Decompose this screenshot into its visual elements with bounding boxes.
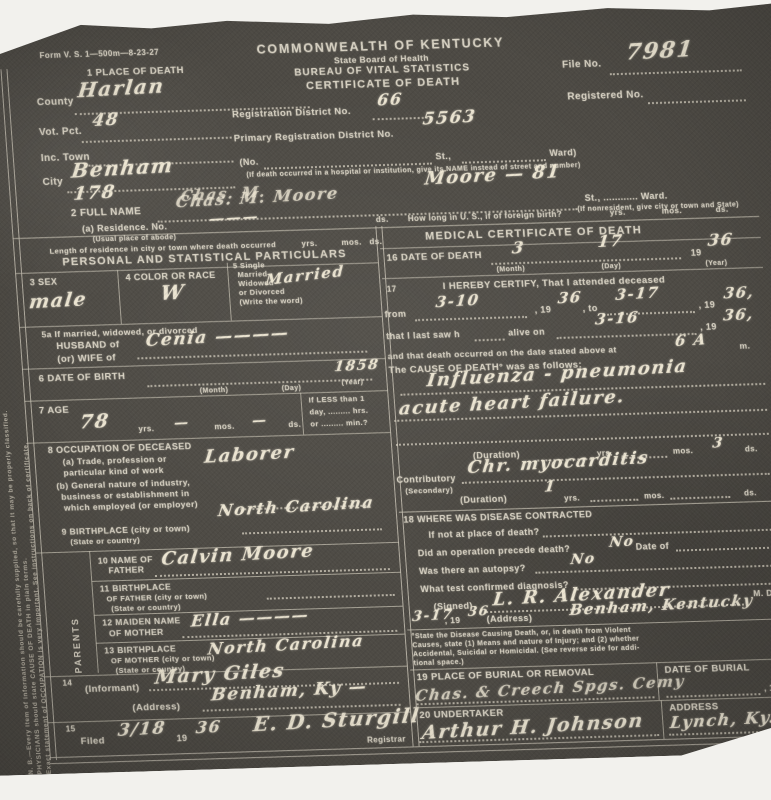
street-st-label: St., (435, 152, 451, 161)
date-of-operation-label: Date of (635, 542, 669, 552)
mother-birthplace-label-1: 13 BIRTHPLACE (104, 644, 176, 655)
spouse-line (137, 351, 367, 360)
informant-label: (Informant) (85, 684, 140, 695)
certificate-form: N. B.—Every item of information should b… (0, 3, 771, 775)
registration-district-line (373, 117, 428, 121)
undertaker-divider (661, 700, 665, 739)
father-name-value: Calvin Moore (160, 542, 315, 569)
mother-name-label-1: 12 MAIDEN NAME (102, 616, 181, 627)
age-mos-dash: — (173, 416, 190, 431)
sex-value: male (28, 290, 88, 312)
less-than-label-1: If LESS than 1 (308, 395, 365, 404)
father-birthplace-label-2: OF FATHER (city or town) (106, 592, 207, 602)
row-line-1 (19, 316, 383, 328)
howlong-ds-label: ds. (376, 216, 389, 224)
dob-month-label: (Month) (200, 387, 229, 395)
registration-district-value: 66 (376, 91, 403, 108)
last-year-value: 36, (722, 307, 754, 324)
occupation-label: 8 OCCUPATION OF DECEASED (48, 442, 192, 455)
birthplace-line (242, 528, 382, 534)
occupation-b3: which employed (or employer) (64, 500, 199, 512)
duration2-label: (Duration) (460, 495, 508, 505)
st-ward-label: St., ............ Ward. (584, 192, 667, 203)
birthplace-sublabel: (State or country) (70, 536, 140, 546)
filed-label: Filed (80, 737, 105, 747)
filed-19-label: 19 (176, 734, 187, 743)
less-than-label-3: or ......... min.? (310, 419, 368, 428)
father-birthplace-line (267, 594, 395, 600)
parents-label: PARENTS (65, 555, 83, 673)
duration1-ds-value: 3 (712, 436, 725, 451)
occupation-value: Laborer (203, 444, 295, 467)
burial-19-label: , 19 (764, 685, 771, 693)
photostat-background: N. B.—Every item of information should b… (0, 2, 771, 776)
age-yrs-label: yrs. (138, 425, 154, 433)
footnote-line-4: tional space.) (413, 659, 464, 667)
death-year-prefix: 19 (690, 249, 701, 258)
death-year-label: (Year) (705, 260, 727, 268)
full-name-label: 2 FULL NAME (71, 207, 142, 219)
occupation-a2: particular kind of work (63, 466, 164, 477)
operation-question-label: Did an operation precede death? (418, 545, 571, 559)
street-ward-label: Ward) (549, 148, 577, 158)
age-value: 78 (79, 412, 111, 433)
from-year-value: 36 (557, 290, 583, 306)
duration2-yrs-value: 1 (543, 479, 557, 495)
date-of-birth-label: 6 DATE OF BIRTH (38, 372, 125, 384)
street-value-2: Moore — 81 (424, 163, 562, 189)
death-day-value: 17 (597, 233, 624, 250)
mother-name-label-2: OF MOTHER (109, 628, 164, 638)
primary-district-label: Primary Registration District No. (234, 130, 395, 144)
death-month-label: (Month) (496, 266, 525, 274)
to-19-label: , 19 (698, 300, 715, 309)
autopsy-answer: No (570, 552, 597, 567)
file-no-value: 7981 (625, 38, 695, 64)
howlong-yrs: yrs. (610, 209, 626, 217)
age-label: 7 AGE (39, 406, 70, 416)
md-label: M. D. (753, 589, 771, 598)
duration1-ds-label: ds. (745, 445, 758, 453)
dob-year-value: 1858 (333, 358, 380, 375)
attended-to-value: 3-17 (615, 285, 660, 302)
undertaker-address-value: Lynch, Ky. (669, 709, 771, 731)
m-label: m. (739, 341, 750, 350)
father-name-label-1: 10 NAME OF (98, 555, 154, 565)
secondary-label: (Secondary) (405, 486, 453, 495)
contributory-label: Contributory (396, 474, 456, 485)
last-saw-blank (475, 339, 505, 342)
mother-birthplace-label-2: OF MOTHER (city or town) (111, 654, 215, 665)
county-value: Harlan (77, 75, 166, 100)
not-at-place-line (543, 529, 771, 538)
to-year-value: 36, (723, 285, 755, 302)
age-mos-label: mos. (214, 423, 235, 432)
duration2-mos-line (590, 499, 638, 502)
voting-precinct-label: Vot. Pct. (39, 127, 83, 138)
duration2-yrs-label: yrs. (564, 494, 580, 502)
attended-from-line (415, 316, 527, 321)
residence-value: ——— (209, 209, 260, 227)
length-ds: ds. (369, 238, 382, 246)
length-yrs: yrs. (301, 240, 317, 248)
city-value: Benham (70, 155, 174, 181)
last-saw-label: that I last saw h (386, 330, 460, 341)
death-year-value: 36 (707, 231, 734, 248)
county-label: County (37, 97, 75, 108)
scanned-death-certificate: N. B.—Every item of information should b… (0, 0, 771, 800)
informant-number: 14 (62, 680, 72, 688)
mother-name-value: Ella ———— (190, 607, 310, 630)
date-of-death-label: 16 DATE OF DEATH (386, 251, 482, 263)
signature-19-label: , 19 (444, 616, 460, 625)
parents-divider (89, 551, 99, 673)
howlong-ds: ds. (715, 206, 728, 214)
operation-answer: No (609, 534, 636, 549)
registrar-label: Registrar (367, 736, 406, 745)
marital-value: Married (265, 264, 345, 288)
registered-no-label: Registered No. (567, 90, 644, 102)
age-ds-label: ds. (288, 421, 301, 429)
age-ds-dash: — (251, 413, 268, 428)
duration1-mos-label: mos. (673, 447, 694, 456)
filed-number: 15 (66, 725, 76, 733)
sex-color-divider (117, 270, 122, 324)
less-than-label-2: day, ......... hrs. (309, 407, 368, 416)
file-no-label: File No. (562, 60, 602, 71)
form-number: Form V. S. 1—500m—8-23-27 (39, 49, 159, 61)
duration2-mos-label: mos. (644, 492, 665, 501)
attended-from-label: from (384, 309, 406, 319)
length-mos: mos. (341, 239, 362, 248)
dob-year-label: (Year) (341, 379, 363, 387)
sex-label: 3 SEX (29, 278, 57, 288)
marital-label-5: (Write the word) (239, 297, 303, 306)
duration2-ds-label: ds. (744, 489, 757, 497)
street-no-label: (No. (239, 158, 259, 168)
abode-note: (Usual place of abode) (93, 234, 177, 243)
alive-on-label: alive on (508, 327, 545, 337)
color-race-value: W (160, 282, 186, 303)
death-day-label: (Day) (601, 263, 621, 271)
howlong-mos: mos. (661, 207, 682, 216)
color-marital-divider (227, 263, 232, 321)
last-saw-value: 3-16 (594, 310, 639, 327)
informant-address-label: (Address) (132, 702, 181, 713)
father-birthplace-label-3: (State or country) (111, 603, 181, 613)
from-19-label: , 19 (534, 305, 551, 314)
death-occurred-label: and that death occurred on the date stat… (387, 345, 617, 360)
attended-from-value: 3-10 (435, 293, 480, 310)
birthplace-value: North Carolina (217, 494, 375, 519)
primary-district-value: 5563 (422, 109, 477, 129)
voting-precinct-line (82, 137, 232, 143)
autopsy-question-label: Was there an autopsy? (419, 564, 526, 576)
birthplace-label: 9 BIRTHPLACE (city or town) (61, 524, 190, 536)
husband-of-label: HUSBAND of (56, 340, 120, 351)
dob-line (147, 378, 372, 387)
operation-date-line (676, 547, 771, 552)
street-number-value: 178 (72, 183, 116, 203)
voting-precinct-value: 48 (91, 112, 120, 131)
not-at-place-label: If not at place of death? (428, 528, 540, 540)
father-birthplace-label-1: 11 BIRTHPLACE (100, 583, 172, 594)
dob-day-label: (Day) (282, 385, 302, 393)
file-no-line (610, 69, 742, 75)
physician-address-label: (Address) (486, 614, 532, 624)
filed-date-value: 3/18 (117, 720, 167, 740)
row-line-4 (27, 432, 391, 444)
death-hour-value: 6 A (674, 332, 708, 349)
filed-year-value: 36 (195, 719, 222, 736)
city-label: City (42, 178, 63, 189)
registered-no-line (648, 99, 746, 104)
certify-number: 17 (387, 286, 397, 294)
form-bottom-border (50, 735, 771, 764)
date-of-death-line (491, 257, 681, 265)
wife-of-label: (or) WIFE of (57, 353, 116, 364)
registration-district-label: Registration District No. (232, 107, 351, 120)
where-contracted-label: 18 WHERE WAS DISEASE CONTRACTED (403, 510, 592, 525)
residence-label: (a) Residence. No. (82, 223, 168, 235)
death-month-value: 3 (511, 240, 526, 257)
father-name-label-2: FATHER (108, 565, 144, 575)
duration2-ds-line (670, 496, 730, 500)
